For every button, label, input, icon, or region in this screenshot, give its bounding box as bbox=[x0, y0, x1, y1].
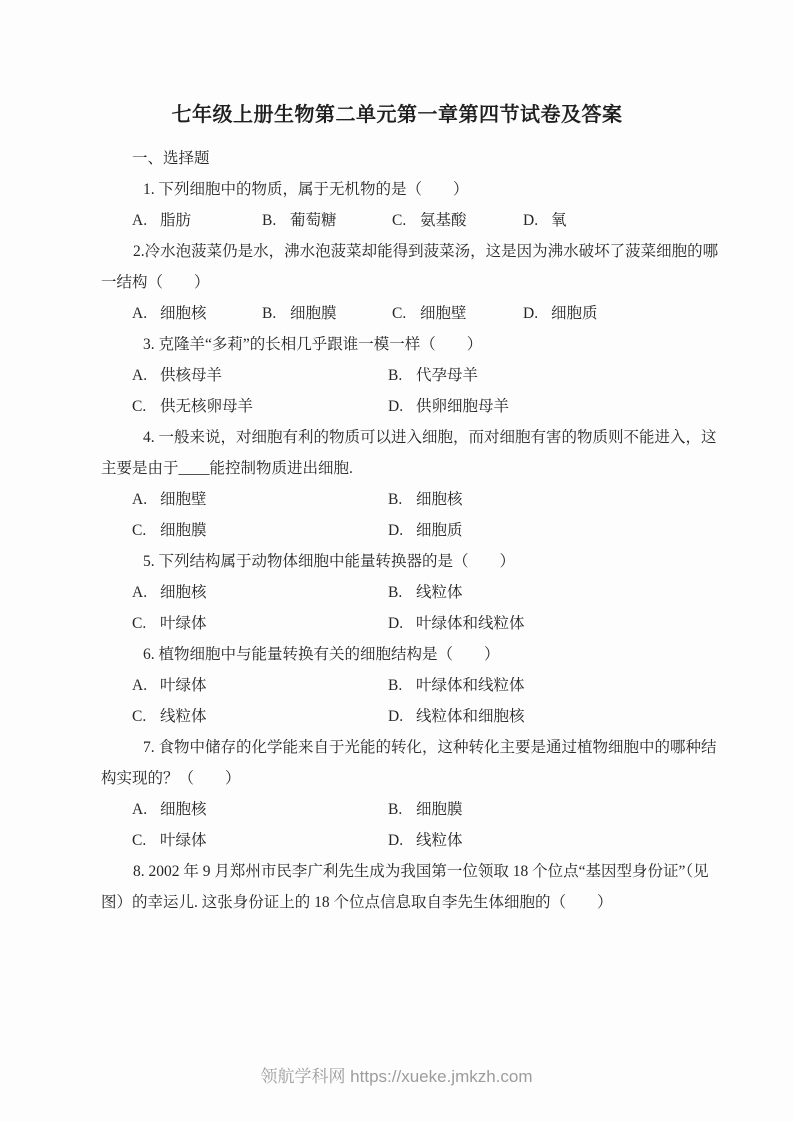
option-a: A.细胞核 bbox=[132, 794, 388, 825]
options-row: C.叶绿体 D.线粒体 bbox=[101, 825, 693, 856]
option-a: A.脂肪 bbox=[132, 205, 262, 236]
options-row: A.细胞壁 B.细胞核 bbox=[101, 484, 693, 515]
options-row: A.细胞核 B.线粒体 bbox=[101, 577, 693, 608]
option-label: A. bbox=[132, 484, 160, 515]
option-label: A. bbox=[132, 670, 160, 701]
option-text: 供核母羊 bbox=[160, 367, 222, 384]
option-c: C.细胞壁 bbox=[392, 298, 523, 329]
option-text: 细胞膜 bbox=[290, 305, 337, 322]
option-text: 线粒体 bbox=[160, 708, 207, 725]
option-text: 细胞质 bbox=[416, 522, 463, 539]
option-text: 叶绿体和线粒体 bbox=[416, 677, 525, 694]
option-text: 氧 bbox=[551, 212, 567, 229]
option-label: A. bbox=[132, 298, 160, 329]
option-text: 供卵细胞母羊 bbox=[416, 398, 509, 415]
options-row: C.线粒体 D.线粒体和细胞核 bbox=[101, 701, 693, 732]
option-d: D.细胞质 bbox=[523, 298, 598, 329]
option-text: 细胞壁 bbox=[420, 305, 467, 322]
option-text: 脂肪 bbox=[160, 212, 191, 229]
option-a: A.叶绿体 bbox=[132, 670, 388, 701]
option-text: 细胞质 bbox=[551, 305, 598, 322]
option-label: B. bbox=[388, 577, 416, 608]
option-label: D. bbox=[388, 701, 416, 732]
question-stem: 5. 下列结构属于动物体细胞中能量转换器的是（ ） bbox=[101, 546, 693, 577]
option-d: D.线粒体和细胞核 bbox=[388, 701, 525, 732]
question-stem: 7. 食物中储存的化学能来自于光能的转化，这种转化主要是通过植物细胞中的哪种结 bbox=[101, 732, 693, 763]
option-a: A.细胞核 bbox=[132, 298, 262, 329]
option-d: D.线粒体 bbox=[388, 825, 463, 856]
option-label: D. bbox=[523, 298, 551, 329]
option-label: B. bbox=[388, 670, 416, 701]
question-stem-continued: 图）的幸运儿. 这张身份证上的 18 个位点信息取自李先生体细胞的（ ） bbox=[101, 887, 693, 918]
option-label: C. bbox=[132, 391, 160, 422]
option-text: 细胞壁 bbox=[160, 491, 207, 508]
question-3: 3. 克隆羊“多莉”的长相几乎跟谁一模一样（ ） A.供核母羊 B.代孕母羊 C… bbox=[101, 329, 693, 422]
question-stem: 1. 下列细胞中的物质，属于无机物的是（ ） bbox=[101, 174, 693, 205]
option-text: 供无核卵母羊 bbox=[160, 398, 253, 415]
option-c: C.氨基酸 bbox=[392, 205, 523, 236]
page-title: 七年级上册生物第二单元第一章第四节试卷及答案 bbox=[101, 100, 693, 130]
option-label: B. bbox=[262, 298, 290, 329]
options-row: A.供核母羊 B.代孕母羊 bbox=[101, 360, 693, 391]
option-text: 代孕母羊 bbox=[416, 367, 478, 384]
option-text: 叶绿体 bbox=[160, 832, 207, 849]
option-label: B. bbox=[262, 205, 290, 236]
question-stem: 4. 一般来说，对细胞有利的物质可以进入细胞，而对细胞有害的物质则不能进入，这 bbox=[101, 422, 693, 453]
option-c: C.叶绿体 bbox=[132, 825, 388, 856]
option-label: D. bbox=[388, 608, 416, 639]
option-label: D. bbox=[523, 205, 551, 236]
option-b: B.葡萄糖 bbox=[262, 205, 392, 236]
option-text: 细胞核 bbox=[160, 305, 207, 322]
options-row: C.供无核卵母羊 D.供卵细胞母羊 bbox=[101, 391, 693, 422]
option-label: C. bbox=[132, 608, 160, 639]
option-b: B.叶绿体和线粒体 bbox=[388, 670, 525, 701]
option-text: 细胞膜 bbox=[416, 801, 463, 818]
watermark-footer: 领航学科网 https://xueke.jmkzh.com bbox=[0, 1064, 793, 1090]
option-b: B.细胞膜 bbox=[388, 794, 463, 825]
question-stem-continued: 构实现的？（ ） bbox=[101, 763, 693, 794]
option-d: D.氧 bbox=[523, 205, 567, 236]
question-stem: 3. 克隆羊“多莉”的长相几乎跟谁一模一样（ ） bbox=[101, 329, 693, 360]
option-c: C.线粒体 bbox=[132, 701, 388, 732]
option-c: C.供无核卵母羊 bbox=[132, 391, 388, 422]
document-page: 七年级上册生物第二单元第一章第四节试卷及答案 一、选择题 1. 下列细胞中的物质… bbox=[0, 0, 793, 1122]
options-row: A.叶绿体 B.叶绿体和线粒体 bbox=[101, 670, 693, 701]
option-text: 细胞膜 bbox=[160, 522, 207, 539]
question-4: 4. 一般来说，对细胞有利的物质可以进入细胞，而对细胞有害的物质则不能进入，这 … bbox=[101, 422, 693, 546]
option-label: C. bbox=[132, 515, 160, 546]
option-a: A.细胞壁 bbox=[132, 484, 388, 515]
options-row: C.细胞膜 D.细胞质 bbox=[101, 515, 693, 546]
option-label: A. bbox=[132, 794, 160, 825]
option-label: B. bbox=[388, 794, 416, 825]
option-label: C. bbox=[132, 825, 160, 856]
option-a: A.细胞核 bbox=[132, 577, 388, 608]
option-label: A. bbox=[132, 205, 160, 236]
options-row: A.细胞核 B.细胞膜 C.细胞壁 D.细胞质 bbox=[101, 298, 693, 329]
option-c: C.细胞膜 bbox=[132, 515, 388, 546]
question-stem: 8. 2002 年 9 月郑州市民李广利先生成为我国第一位领取 18 个位点“基… bbox=[101, 856, 693, 887]
options-row: A.脂肪 B.葡萄糖 C.氨基酸 D.氧 bbox=[101, 205, 693, 236]
option-label: C. bbox=[392, 298, 420, 329]
option-label: B. bbox=[388, 360, 416, 391]
option-label: C. bbox=[392, 205, 420, 236]
option-b: B.线粒体 bbox=[388, 577, 463, 608]
question-5: 5. 下列结构属于动物体细胞中能量转换器的是（ ） A.细胞核 B.线粒体 C.… bbox=[101, 546, 693, 639]
option-label: A. bbox=[132, 360, 160, 391]
option-c: C.叶绿体 bbox=[132, 608, 388, 639]
option-label: C. bbox=[132, 701, 160, 732]
question-stem-continued: 主要是由于____能控制物质进出细胞. bbox=[101, 453, 693, 484]
option-text: 细胞核 bbox=[416, 491, 463, 508]
question-stem-continued: 一结构（ ） bbox=[101, 267, 693, 298]
option-text: 线粒体和细胞核 bbox=[416, 708, 525, 725]
question-stem: 2.冷水泡菠菜仍是水，沸水泡菠菜却能得到菠菜汤，这是因为沸水破坏了菠菜细胞的哪 bbox=[101, 236, 693, 267]
option-text: 线粒体 bbox=[416, 832, 463, 849]
question-6: 6. 植物细胞中与能量转换有关的细胞结构是（ ） A.叶绿体 B.叶绿体和线粒体… bbox=[101, 639, 693, 732]
section-heading: 一、选择题 bbox=[101, 143, 693, 174]
option-text: 细胞核 bbox=[160, 584, 207, 601]
option-text: 叶绿体 bbox=[160, 677, 207, 694]
option-d: D.叶绿体和线粒体 bbox=[388, 608, 525, 639]
question-8: 8. 2002 年 9 月郑州市民李广利先生成为我国第一位领取 18 个位点“基… bbox=[101, 856, 693, 918]
watermark-text: 领航学科网 https://xueke.jmkzh.com bbox=[260, 1067, 532, 1086]
option-label: D. bbox=[388, 825, 416, 856]
option-text: 细胞核 bbox=[160, 801, 207, 818]
option-text: 叶绿体和线粒体 bbox=[416, 615, 525, 632]
option-text: 叶绿体 bbox=[160, 615, 207, 632]
option-label: B. bbox=[388, 484, 416, 515]
question-2: 2.冷水泡菠菜仍是水，沸水泡菠菜却能得到菠菜汤，这是因为沸水破坏了菠菜细胞的哪 … bbox=[101, 236, 693, 329]
options-row: C.叶绿体 D.叶绿体和线粒体 bbox=[101, 608, 693, 639]
option-b: B.细胞膜 bbox=[262, 298, 392, 329]
document-content: 七年级上册生物第二单元第一章第四节试卷及答案 一、选择题 1. 下列细胞中的物质… bbox=[101, 100, 693, 918]
option-b: B.代孕母羊 bbox=[388, 360, 478, 391]
option-text: 线粒体 bbox=[416, 584, 463, 601]
question-7: 7. 食物中储存的化学能来自于光能的转化，这种转化主要是通过植物细胞中的哪种结 … bbox=[101, 732, 693, 856]
option-label: D. bbox=[388, 391, 416, 422]
option-text: 葡萄糖 bbox=[290, 212, 337, 229]
option-d: D.供卵细胞母羊 bbox=[388, 391, 509, 422]
options-row: A.细胞核 B.细胞膜 bbox=[101, 794, 693, 825]
option-a: A.供核母羊 bbox=[132, 360, 388, 391]
question-1: 1. 下列细胞中的物质，属于无机物的是（ ） A.脂肪 B.葡萄糖 C.氨基酸 … bbox=[101, 174, 693, 236]
question-stem: 6. 植物细胞中与能量转换有关的细胞结构是（ ） bbox=[101, 639, 693, 670]
option-b: B.细胞核 bbox=[388, 484, 463, 515]
option-label: D. bbox=[388, 515, 416, 546]
option-text: 氨基酸 bbox=[420, 212, 467, 229]
option-label: A. bbox=[132, 577, 160, 608]
option-d: D.细胞质 bbox=[388, 515, 463, 546]
